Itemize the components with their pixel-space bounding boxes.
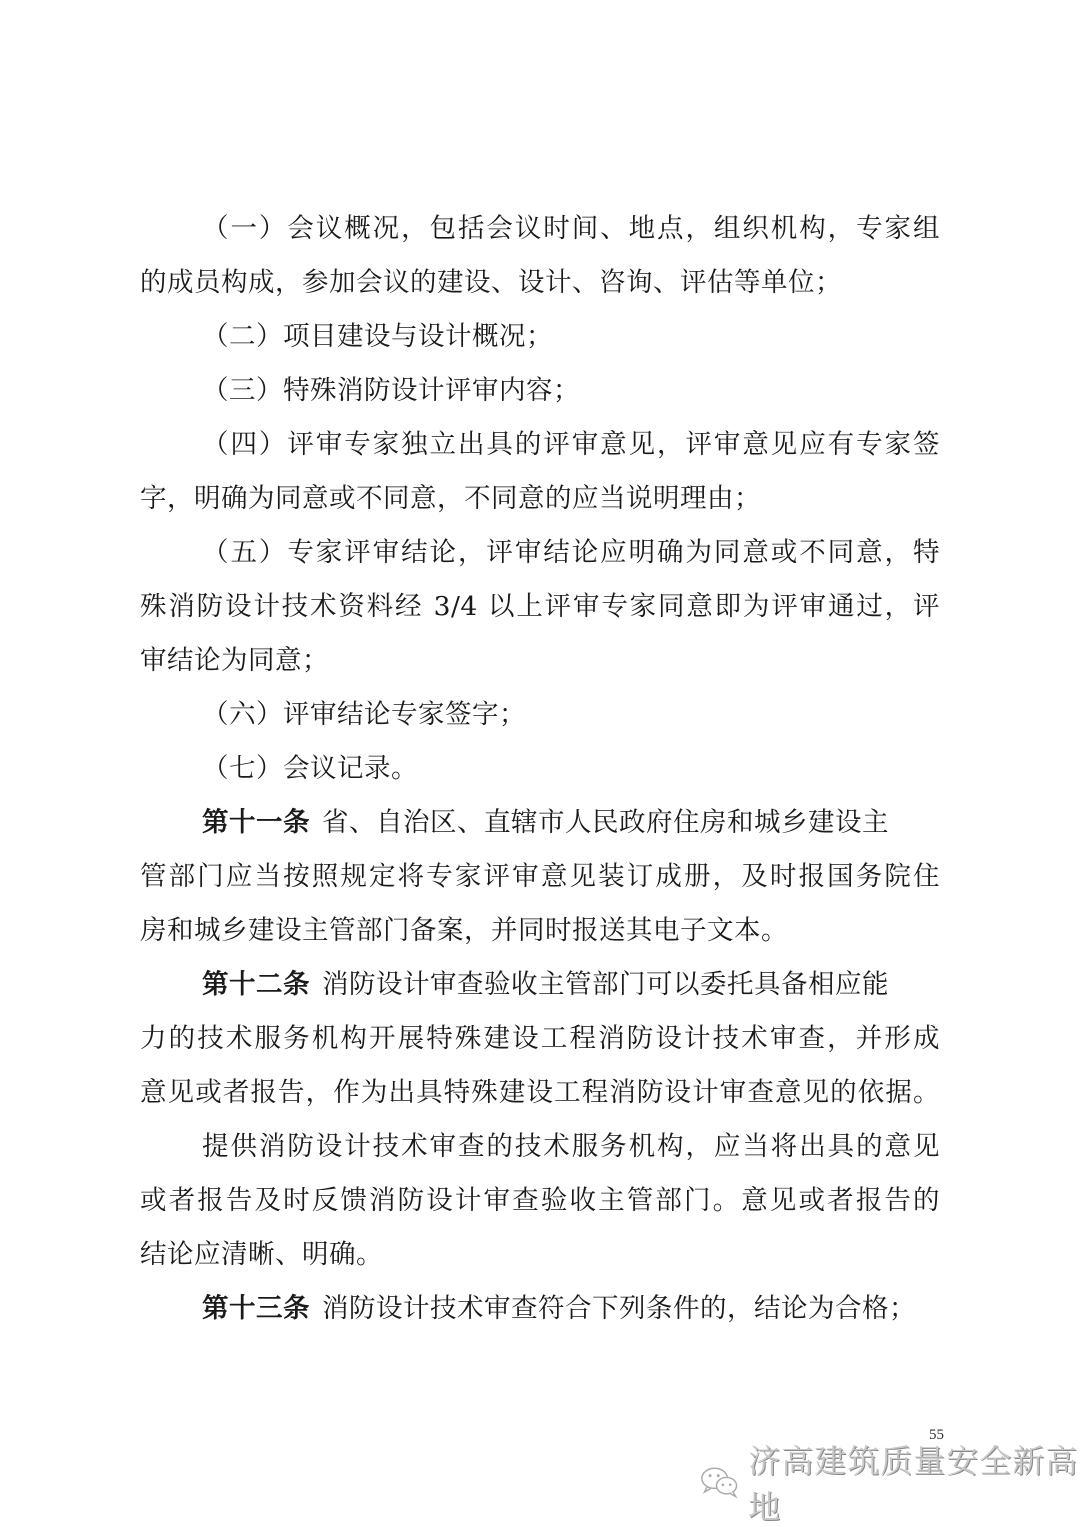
article-text: 消防设计审查验收主管部门可以委托具备相应能 (322, 969, 889, 1000)
text-line: 或者报告及时反馈消防设计审查验收主管部门。意见或者报告的 (140, 1174, 940, 1228)
article-number: 第十二条 (202, 969, 310, 1000)
text-line: （三）特殊消防设计评审内容； (140, 364, 940, 418)
text-line: 结论应清晰、明确。 (140, 1228, 940, 1282)
article-number: 第十三条 (202, 1293, 310, 1324)
text-line: （七）会议记录。 (140, 742, 940, 796)
article-12-first-line: 第十二条消防设计审查验收主管部门可以委托具备相应能 (140, 958, 940, 1012)
text-line: 管部门应当按照规定将专家评审意见装订成册，及时报国务院住 (140, 850, 940, 904)
article-text: 省、自治区、直辖市人民政府住房和城乡建设主 (322, 807, 889, 838)
document-page: （一）会议概况，包括会议时间、地点，组织机构，专家组 的成员构成，参加会议的建设… (0, 0, 1080, 1527)
wechat-icon (700, 1464, 740, 1500)
text-line: 字，明确为同意或不同意，不同意的应当说明理由； (140, 472, 940, 526)
text-line: 力的技术服务机构开展特殊建设工程消防设计技术审查，并形成 (140, 1012, 940, 1066)
text-line: 审结论为同意； (140, 634, 940, 688)
article-number: 第十一条 (202, 807, 310, 838)
watermark: 济高建筑质量安全新高地 (700, 1460, 1080, 1504)
text-line: （一）会议概况，包括会议时间、地点，组织机构，专家组 (140, 202, 940, 256)
article-13-first-line: 第十三条消防设计技术审查符合下列条件的，结论为合格； (140, 1282, 940, 1336)
article-11-first-line: 第十一条省、自治区、直辖市人民政府住房和城乡建设主 (140, 796, 940, 850)
watermark-text: 济高建筑质量安全新高地 (748, 1436, 1080, 1527)
text-line: 殊消防设计技术资料经 3/4 以上评审专家同意即为评审通过，评 (140, 580, 940, 634)
text-line: 意见或者报告，作为出具特殊建设工程消防设计审查意见的依据。 (140, 1066, 940, 1120)
text-line: 房和城乡建设主管部门备案，并同时报送其电子文本。 (140, 904, 940, 958)
document-body: （一）会议概况，包括会议时间、地点，组织机构，专家组 的成员构成，参加会议的建设… (140, 202, 940, 1336)
text-line: 提供消防设计技术审查的技术服务机构，应当将出具的意见 (140, 1120, 940, 1174)
text-line: （六）评审结论专家签字； (140, 688, 940, 742)
text-line: （四）评审专家独立出具的评审意见，评审意见应有专家签 (140, 418, 940, 472)
text-line: 的成员构成，参加会议的建设、设计、咨询、评估等单位； (140, 256, 940, 310)
text-line: （五）专家评审结论，评审结论应明确为同意或不同意，特 (140, 526, 940, 580)
article-text: 消防设计技术审查符合下列条件的，结论为合格； (322, 1293, 916, 1324)
text-line: （二）项目建设与设计概况； (140, 310, 940, 364)
